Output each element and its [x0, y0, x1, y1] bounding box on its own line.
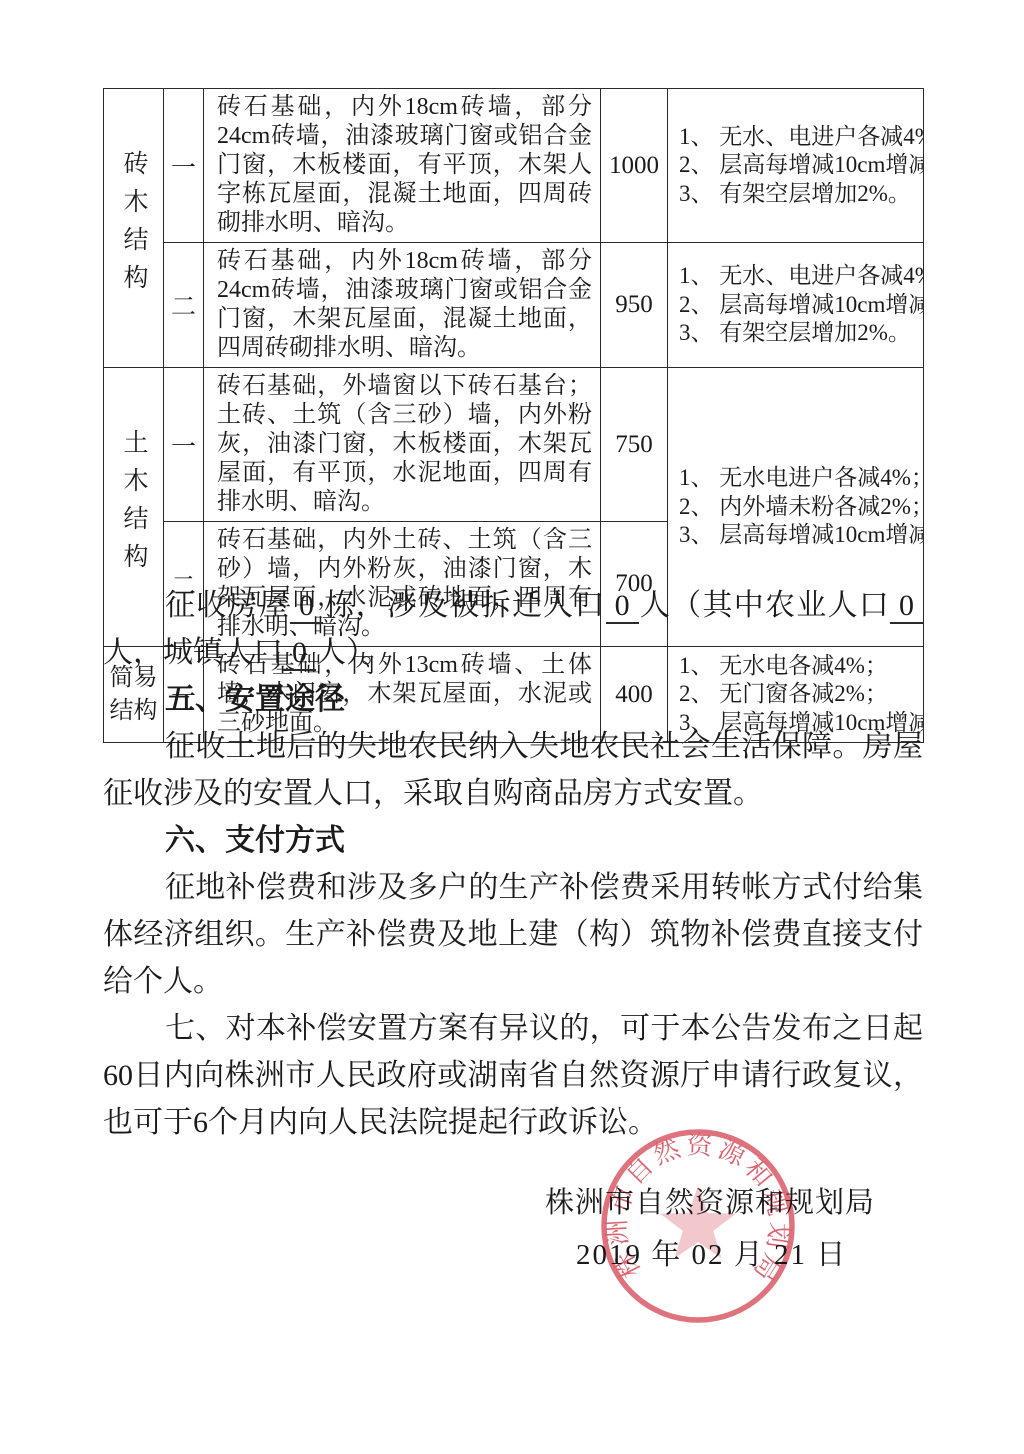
category-cell-brick-wood: 砖木结构 [104, 89, 164, 368]
text-run: 人，城镇人口 [103, 636, 283, 669]
note-line: 3、 有架空层增加2%。 [679, 319, 919, 348]
official-seal-graphic: 株洲市自然资源和规划局 [596, 1124, 800, 1328]
text-run: 栋，涉及被拆迁人口 [323, 589, 606, 622]
grade-cell: 二 [164, 243, 204, 368]
section-heading-6: 六、支付方式 [103, 817, 923, 864]
description-cell: 砖石基础，内外18cm砖墙，部分24cm砖墙，油漆玻璃门窗或铝合金门窗，木板楼面… [204, 89, 601, 243]
note-line: 1、 无水、电进户各减4%； [679, 123, 919, 152]
description-text: 砖石基础，外墙窗以下砖石基台；土砖、土筑（含三砂）墙，内外粉灰，油漆门窗，木板楼… [217, 372, 592, 517]
underlined-value: 0 [890, 589, 923, 624]
notes-cell: 1、 无水、电进户各减4%； 2、 层高每增减10cm增减1%； 3、 有架空层… [668, 243, 924, 368]
category-label: 土木结构 [121, 429, 146, 581]
description-cell: 砖石基础，内外18cm砖墙，部分24cm砖墙，油漆玻璃门窗或铝合金门窗，木架瓦屋… [204, 243, 601, 368]
note-line: 3、 层高每增减10cm增减1%。 [679, 521, 919, 550]
note-line: 1、 无水、电进户各减4%； [679, 262, 919, 291]
paragraph-resettlement: 征收土地后的失地农民纳入失地农民社会生活保障。房屋征收涉及的安置人口，采取自购商… [103, 723, 923, 817]
grade-cell: 一 [164, 89, 204, 243]
description-text: 砖石基础，内外18cm砖墙，部分24cm砖墙，油漆玻璃门窗或铝合金门窗，木板楼面… [217, 93, 592, 238]
price-cell: 950 [601, 243, 668, 368]
text-run: 征收房屋 [165, 589, 290, 622]
table-row: 砖木结构 一 砖石基础，内外18cm砖墙，部分24cm砖墙，油漆玻璃门窗或铝合金… [104, 89, 924, 243]
note-line: 2、 层高每增减10cm增减1%； [679, 151, 919, 180]
section-heading-5: 五、安置途径 [103, 676, 923, 723]
table-row: 土木结构 一 砖石基础，外墙窗以下砖石基台；土砖、土筑（含三砂）墙，内外粉灰，油… [104, 368, 924, 522]
seal-star-icon [660, 1186, 736, 1258]
price-cell: 750 [601, 368, 668, 522]
description-text: 砖石基础，内外18cm砖墙，部分24cm砖墙，油漆玻璃门窗或铝合金门窗，木架瓦屋… [217, 247, 592, 363]
description-cell: 砖石基础，外墙窗以下砖石基台；土砖、土筑（含三砂）墙，内外粉灰，油漆门窗，木板楼… [204, 368, 601, 522]
text-run: 人）。 [316, 636, 391, 669]
category-label: 砖木结构 [121, 150, 146, 302]
paragraph-objection: 七、对本补偿安置方案有异议的，可于本公告发布之日起60日内向株洲市人民政府或湖南… [103, 1005, 923, 1146]
underlined-value: 0 [290, 589, 323, 624]
note-line: 1、 无水电进户各减4%； [679, 464, 919, 493]
text-run: 人（其中农业人口 [639, 589, 890, 622]
underlined-value: 0 [283, 636, 316, 671]
official-seal: 株洲市自然资源和规划局 [596, 1124, 800, 1328]
underlined-value: 0 [606, 589, 639, 624]
note-line: 2、 内外墙未粉各减2%； [679, 493, 919, 522]
grade-cell: 一 [164, 368, 204, 522]
paragraph-payment: 征地补偿费和涉及多户的生产补偿费采用转帐方式付给集体经济组织。生产补偿费及地上建… [103, 864, 923, 1005]
paragraph-housing-count: 征收房屋0栋，涉及被拆迁人口0人（其中农业人口0人，城镇人口0人）。 [103, 582, 923, 676]
note-line: 2、 层高每增减10cm增减1%； [679, 291, 919, 320]
note-line: 3、 有架空层增加2%。 [679, 180, 919, 209]
document-body: 征收房屋0栋，涉及被拆迁人口0人（其中农业人口0人，城镇人口0人）。 五、安置途… [103, 582, 923, 1146]
document-page: 砖木结构 一 砖石基础，内外18cm砖墙，部分24cm砖墙，油漆玻璃门窗或铝合金… [0, 0, 1024, 1454]
table-row: 二 砖石基础，内外18cm砖墙，部分24cm砖墙，油漆玻璃门窗或铝合金门窗，木架… [104, 243, 924, 368]
price-cell: 1000 [601, 89, 668, 243]
notes-cell: 1、 无水、电进户各减4%； 2、 层高每增减10cm增减1%； 3、 有架空层… [668, 89, 924, 243]
